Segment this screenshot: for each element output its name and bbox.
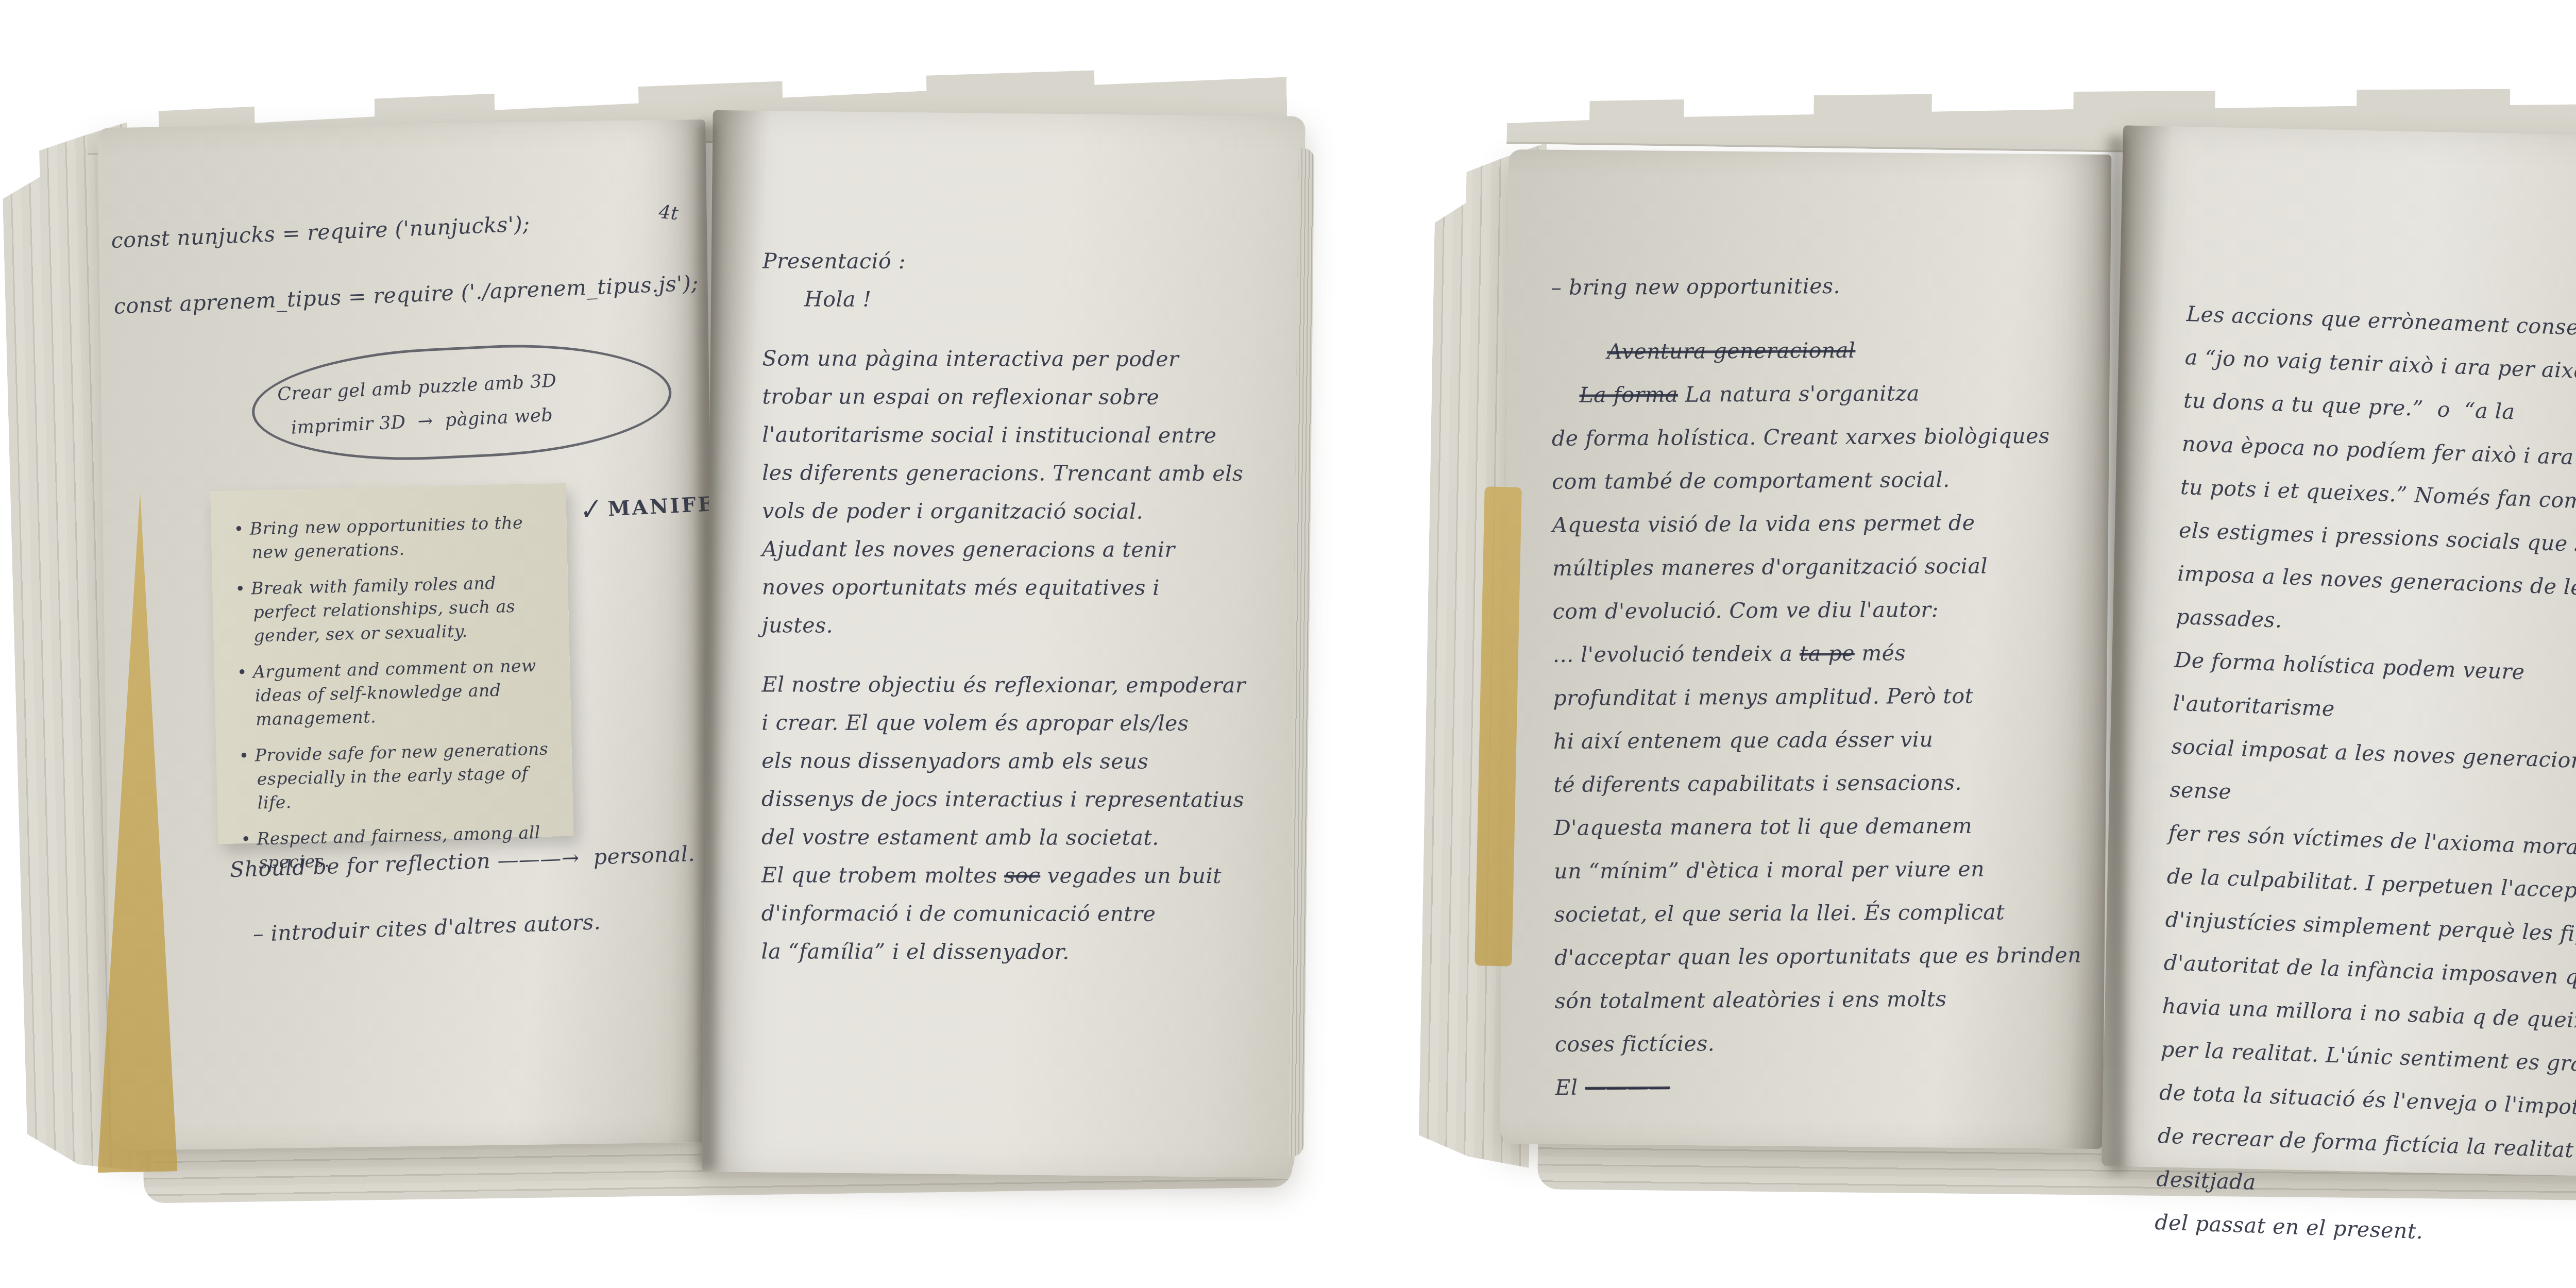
- code-notes: const nunjucks = require ('nunjucks');co…: [110, 184, 702, 340]
- presentation-text: Presentació : Hola !Som una pàgina inter…: [761, 242, 1278, 971]
- crossed-out-text: ————: [1585, 1075, 1670, 1100]
- handwritten-line: com també de comportament social.: [1552, 457, 2088, 503]
- crossed-out-text: La forma: [1579, 382, 1678, 408]
- handwritten-line: d'informació i de comunicació entre: [761, 894, 1277, 933]
- generational-actions-text: Les accions que erròneament conseqüentsa…: [2154, 292, 2576, 1261]
- sticky-note-bullet: • Bring new opportunities to the new gen…: [233, 510, 554, 565]
- handwritten-line: de forma holística. Creant xarxes biològ…: [1552, 414, 2088, 460]
- handwritten-line: són totalment aleatòries i ens molts: [1554, 977, 2090, 1023]
- handwritten-line: El ————: [1555, 1063, 2091, 1109]
- handwritten-line: d'acceptar quan les oportunitats que es …: [1554, 934, 2090, 979]
- handwritten-line: del vostre estament amb la societat.: [761, 818, 1277, 857]
- holistic-nature-text: – bring new opportunities. Aventura gene…: [1551, 263, 2091, 1109]
- crossed-out-text: soc: [1004, 863, 1040, 888]
- left-notebook-right-page: Presentació : Hola !Som una pàgina inter…: [702, 110, 1306, 1178]
- handwritten-line: Aquesta visió de la vida ens permet de: [1552, 501, 2088, 547]
- handwritten-line: l'autoritarisme social i institucional e…: [762, 415, 1277, 454]
- right-notebook-left-page: – bring new opportunities. Aventura gene…: [1500, 149, 2112, 1149]
- handwritten-line: els nous dissenyadors amb els seus: [761, 741, 1277, 781]
- handwritten-line: un “mínim” d'ètica i moral per viure en: [1554, 847, 2090, 893]
- handwritten-line: les diferents generacions. Trencant amb …: [762, 453, 1277, 493]
- handwritten-line: com d'evolució. Com ve diu l'autor:: [1552, 587, 2088, 633]
- handwritten-line: D'aquesta manera tot li que demanem: [1554, 804, 2090, 850]
- sticky-note-bullets: • Bring new opportunities to the new gen…: [233, 510, 561, 875]
- handwritten-line: Som una pàgina interactiva per poder: [762, 339, 1278, 378]
- handwritten-line: Aventura generacional: [1551, 328, 2087, 374]
- handwritten-line: trobar un espai on reflexionar sobre: [762, 377, 1277, 416]
- handwritten-line: profunditat i menys amplitud. Però tot: [1553, 674, 2089, 720]
- handwritten-line: Presentació :: [762, 242, 1278, 281]
- sticky-note-bullet: • Break with family roles and perfect re…: [235, 570, 556, 648]
- handwritten-line: té diferents capabilitats i sensacions.: [1553, 760, 2089, 806]
- handwritten-line: dissenys de jocs interactius i represent…: [761, 779, 1277, 819]
- handwritten-line: noves oportunitats més equitatives i: [762, 568, 1277, 607]
- handwritten-line: justes.: [762, 606, 1277, 645]
- sticky-note-bullet: • Argument and comment on new ideas of s…: [237, 653, 558, 732]
- handwritten-line: societat, el que seria la llei. És compl…: [1554, 890, 2090, 936]
- handwritten-line: ... l'evolució tendeix a ta pe més: [1553, 631, 2089, 676]
- handwritten-line: La forma La natura s'organitza: [1551, 371, 2087, 417]
- sticky-note-bullet: • Provide safe for new generations espec…: [239, 737, 560, 815]
- handwritten-line: [1551, 307, 2087, 330]
- handwritten-line: i crear. El que volem és apropar els/les: [761, 703, 1277, 742]
- sticky-note: • Bring new opportunities to the new gen…: [210, 483, 573, 844]
- check-mark-icon: ✓: [575, 493, 604, 528]
- crossed-out-text: Aventura generacional: [1607, 338, 1855, 364]
- handwritten-line: vols de poder i organització social.: [762, 492, 1277, 531]
- handwritten-line: El nostre objectiu és reflexionar, empod…: [761, 665, 1277, 704]
- left-notebook-left-page: 4t const nunjucks = require ('nunjucks')…: [97, 120, 720, 1150]
- handwritten-line: hi així entenem que cada ésser viu: [1553, 717, 2089, 763]
- handwritten-line: [762, 318, 1278, 340]
- handwritten-line: Ajudant les noves generacions a tenir: [762, 530, 1277, 569]
- handwritten-line: Hola !: [762, 280, 1278, 319]
- right-notebook-right-page: Les accions que erròneament conseqüentsa…: [2102, 125, 2576, 1178]
- bottom-notes: Should be for reflection ———→ personal. …: [229, 820, 748, 968]
- photo-canvas: 4t const nunjucks = require ('nunjucks')…: [0, 0, 2576, 1288]
- circled-note: Crear gel amb puzzle amb 3D imprimir 3D …: [249, 337, 674, 468]
- handwritten-line: múltiples maneres d'organització social: [1552, 544, 2088, 590]
- left-notebook: 4t const nunjucks = require ('nunjucks')…: [14, 46, 1344, 1200]
- handwritten-line: la “família” i el dissenyador.: [761, 932, 1277, 971]
- right-notebook: – bring new opportunities. Aventura gene…: [1422, 54, 2576, 1203]
- handwritten-line: El que trobem moltes soc vegades un buit: [761, 856, 1277, 895]
- handwritten-line: – bring new opportunities.: [1551, 263, 2087, 309]
- crossed-out-text: ta pe: [1800, 641, 1855, 666]
- handwritten-line: coses fictícies.: [1555, 1020, 2091, 1066]
- handwritten-line: [762, 644, 1277, 666]
